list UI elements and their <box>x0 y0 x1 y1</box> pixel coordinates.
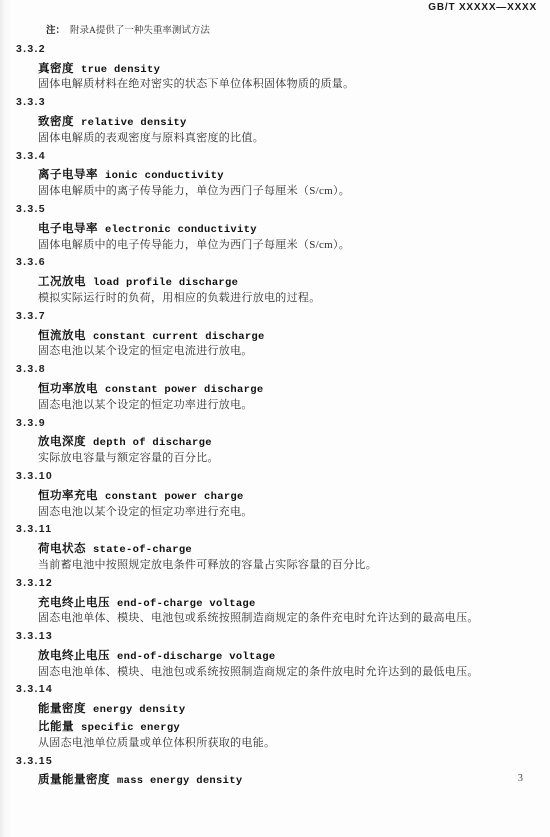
term-zh: 工况放电 <box>38 276 86 288</box>
term-section: 3.3.8 恒功率放电constant power discharge固态电池以… <box>0 361 550 414</box>
section-number: 3.3.12 <box>0 575 550 593</box>
term-en: depth of discharge <box>93 437 212 449</box>
term-en: specific energy <box>81 722 180 734</box>
term-line: 离子电导率ionic conductivity <box>0 165 550 183</box>
term-section: 3.3.7 恒流放电constant current discharge固态电池… <box>0 308 550 361</box>
term-line: 放电终止电压end-of-discharge voltage <box>0 646 550 664</box>
term-definition: 固态电池单体、模块、电池包或系统按照制造商规定的条件充电时允许达到的最高电压。 <box>0 610 550 628</box>
term-en: electronic conductivity <box>105 224 257 236</box>
section-number: 3.3.4 <box>0 148 550 166</box>
term-section: 3.3.6 工况放电load profile discharge模拟实际运行时的… <box>0 254 550 307</box>
section-number: 3.3.8 <box>0 361 550 379</box>
term-zh: 放电终止电压 <box>38 650 110 662</box>
term-definition: 固体电解质的表观密度与原料真密度的比值。 <box>0 130 550 148</box>
doc-code: GB/T XXXXX—XXXX <box>428 2 537 13</box>
note-text: 附录A提供了一种失重率测试方法 <box>70 26 210 36</box>
term-en: relative density <box>81 117 187 129</box>
term-en: ionic conductivity <box>105 170 224 182</box>
term-zh: 离子电导率 <box>38 169 98 181</box>
section-number: 3.3.7 <box>0 308 550 326</box>
term-line: 放电深度depth of discharge <box>0 432 550 450</box>
section-number: 3.3.3 <box>0 94 550 112</box>
section-number: 3.3.14 <box>0 681 550 699</box>
term-line: 恒功率充电constant power charge <box>0 486 550 504</box>
term-section: 3.3.3 致密度relative density固体电解质的表观密度与原料真密… <box>0 94 550 147</box>
note: 注：附录A提供了一种失重率测试方法 <box>0 23 550 41</box>
term-zh: 恒功率充电 <box>38 490 98 502</box>
term-definition: 实际放电容量与额定容量的百分比。 <box>0 450 550 468</box>
term-en: mass energy density <box>117 775 242 787</box>
term-definition: 固态电池以某个设定的恒定功率进行充电。 <box>0 504 550 522</box>
term-zh: 荷电状态 <box>38 543 86 555</box>
document-page: GB/T XXXXX—XXXX 注：附录A提供了一种失重率测试方法 3.3.2 … <box>0 0 550 837</box>
term-section: 3.3.13 放电终止电压end-of-discharge voltage固态电… <box>0 628 550 681</box>
term-zh: 致密度 <box>38 116 74 128</box>
term-section: 3.3.14 能量密度energy density比能量specific ene… <box>0 681 550 752</box>
term-en: constant power charge <box>105 491 244 503</box>
term-zh: 恒功率放电 <box>38 383 98 395</box>
page-footer: 3 <box>518 773 523 784</box>
term-line: 恒功率放电constant power discharge <box>0 379 550 397</box>
section-number: 3.3.11 <box>0 521 550 539</box>
section-number: 3.3.10 <box>0 468 550 486</box>
term-en: constant power discharge <box>105 384 263 396</box>
term-section: 3.3.5 电子电导率electronic conductivity固体电解质中… <box>0 201 550 254</box>
page-number: 3 <box>518 773 523 784</box>
term-en: energy density <box>93 704 185 716</box>
term-definition: 当前蓄电池中按照规定放电条件可释放的容量占实际容量的百分比。 <box>0 557 550 575</box>
section-number: 3.3.15 <box>0 753 550 771</box>
section-number: 3.3.9 <box>0 415 550 433</box>
term-en: state-of-charge <box>93 544 192 556</box>
section-number: 3.3.5 <box>0 201 550 219</box>
term-en: load profile discharge <box>93 277 238 289</box>
term-definition: 固态电池单体、模块、电池包或系统按照制造商规定的条件放电时允许达到的最低电压。 <box>0 664 550 682</box>
document-body: 注：附录A提供了一种失重率测试方法 3.3.2 真密度true density固… <box>0 23 550 788</box>
term-en: true density <box>81 64 160 76</box>
section-number: 3.3.2 <box>0 41 550 59</box>
term-section: 3.3.4 离子电导率ionic conductivity固体电解质中的离子传导… <box>0 148 550 201</box>
section-number: 3.3.6 <box>0 254 550 272</box>
term-section: 3.3.9 放电深度depth of discharge实际放电容量与额定容量的… <box>0 415 550 468</box>
term-en: constant current discharge <box>93 331 265 343</box>
term-section: 3.3.11 荷电状态state-of-charge当前蓄电池中按照规定放电条件… <box>0 521 550 574</box>
term-line: 电子电导率electronic conductivity <box>0 219 550 237</box>
term-definition: 固态电池以某个设定的恒定电流进行放电。 <box>0 343 550 361</box>
note-label: 注： <box>46 26 65 36</box>
term-section: 3.3.15 质量能量密度mass energy density <box>0 753 550 789</box>
term-definition: 固体电解质中的电子传导能力，单位为西门子每厘米（S/cm）。 <box>0 237 550 255</box>
term-line: 致密度relative density <box>0 112 550 130</box>
term-zh: 能量密度 <box>38 703 86 715</box>
term-definition: 模拟实际运行时的负荷，用相应的负载进行放电的过程。 <box>0 290 550 308</box>
term-zh: 比能量 <box>38 721 74 733</box>
section-number: 3.3.13 <box>0 628 550 646</box>
term-line: 真密度true density <box>0 59 550 77</box>
term-zh: 放电深度 <box>38 436 86 448</box>
term-line: 充电终止电压end-of-charge voltage <box>0 593 550 611</box>
term-section: 3.3.2 真密度true density固体电解质材料在绝对密实的状态下单位体… <box>0 41 550 94</box>
term-section: 3.3.10 恒功率充电constant power charge固态电池以某个… <box>0 468 550 521</box>
term-line: 能量密度energy density <box>0 699 550 717</box>
term-zh: 充电终止电压 <box>38 597 110 609</box>
term-line: 比能量specific energy <box>0 717 550 735</box>
term-definition: 固态电池以某个设定的恒定功率进行放电。 <box>0 397 550 415</box>
term-en: end-of-charge voltage <box>117 598 256 610</box>
term-definition: 从固态电池单位质量或单位体积所获取的电能。 <box>0 735 550 753</box>
term-zh: 电子电导率 <box>38 223 98 235</box>
term-section: 3.3.12 充电终止电压end-of-charge voltage固态电池单体… <box>0 575 550 628</box>
term-line: 荷电状态state-of-charge <box>0 539 550 557</box>
term-line: 工况放电load profile discharge <box>0 272 550 290</box>
terms-list: 3.3.2 真密度true density固体电解质材料在绝对密实的状态下单位体… <box>0 41 550 788</box>
term-zh: 质量能量密度 <box>38 774 110 786</box>
page-header: GB/T XXXXX—XXXX <box>428 2 537 13</box>
term-line: 质量能量密度mass energy density <box>0 770 550 788</box>
term-zh: 恒流放电 <box>38 330 86 342</box>
term-definition: 固体电解质材料在绝对密实的状态下单位体积固体物质的质量。 <box>0 76 550 94</box>
term-definition: 固体电解质中的离子传导能力，单位为西门子每厘米（S/cm）。 <box>0 183 550 201</box>
term-zh: 真密度 <box>38 63 74 75</box>
term-en: end-of-discharge voltage <box>117 651 275 663</box>
term-line: 恒流放电constant current discharge <box>0 326 550 344</box>
